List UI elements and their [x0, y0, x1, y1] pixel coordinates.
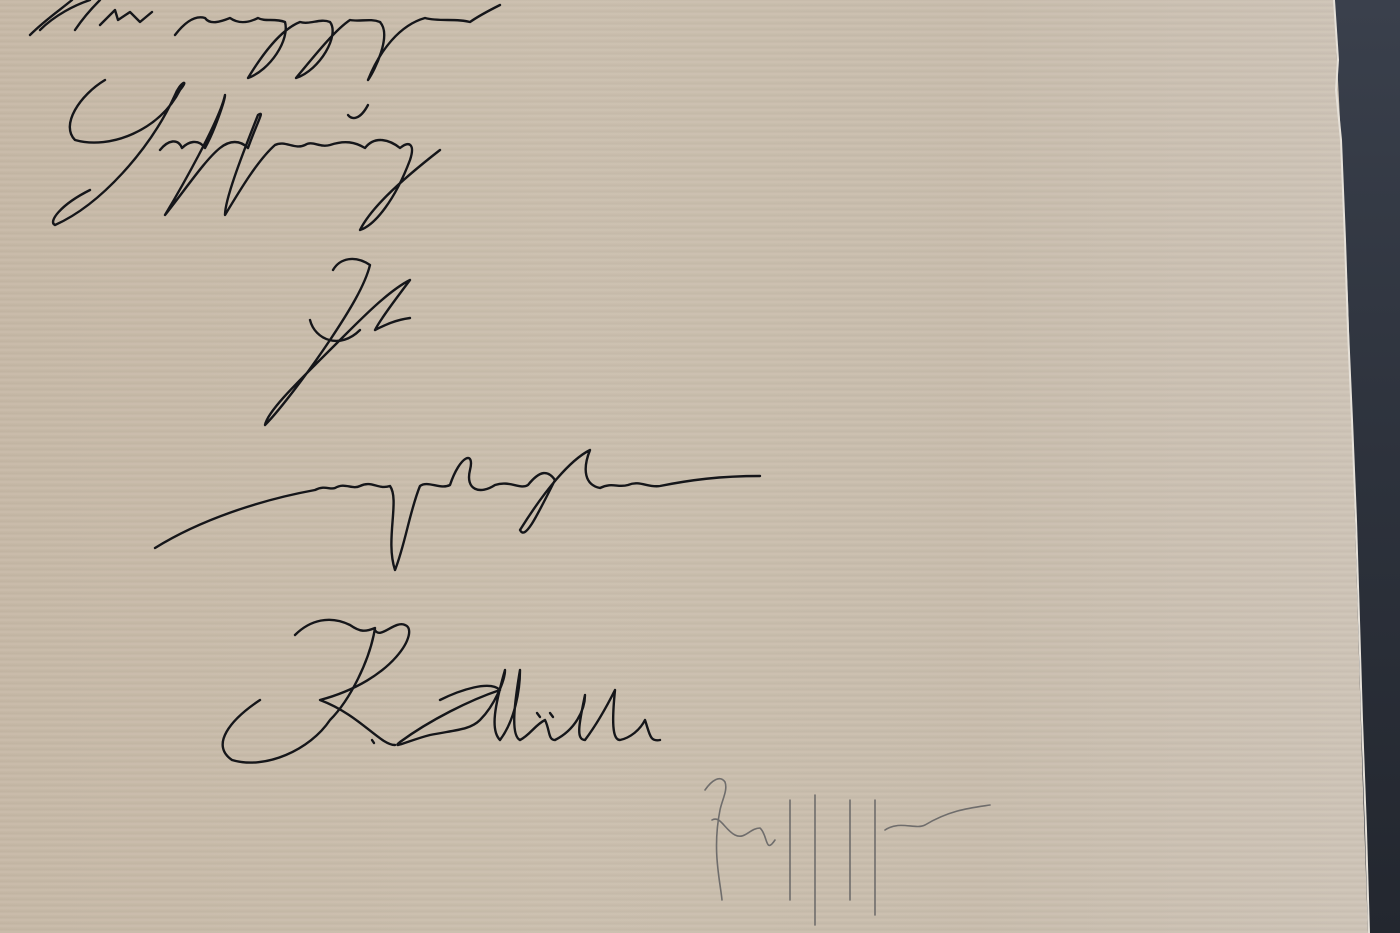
letter-photo: Mit vorzüglicher Hochachtung Ihr ergeben…: [0, 0, 1400, 933]
pencil-annotation-professor: [0, 0, 1400, 933]
